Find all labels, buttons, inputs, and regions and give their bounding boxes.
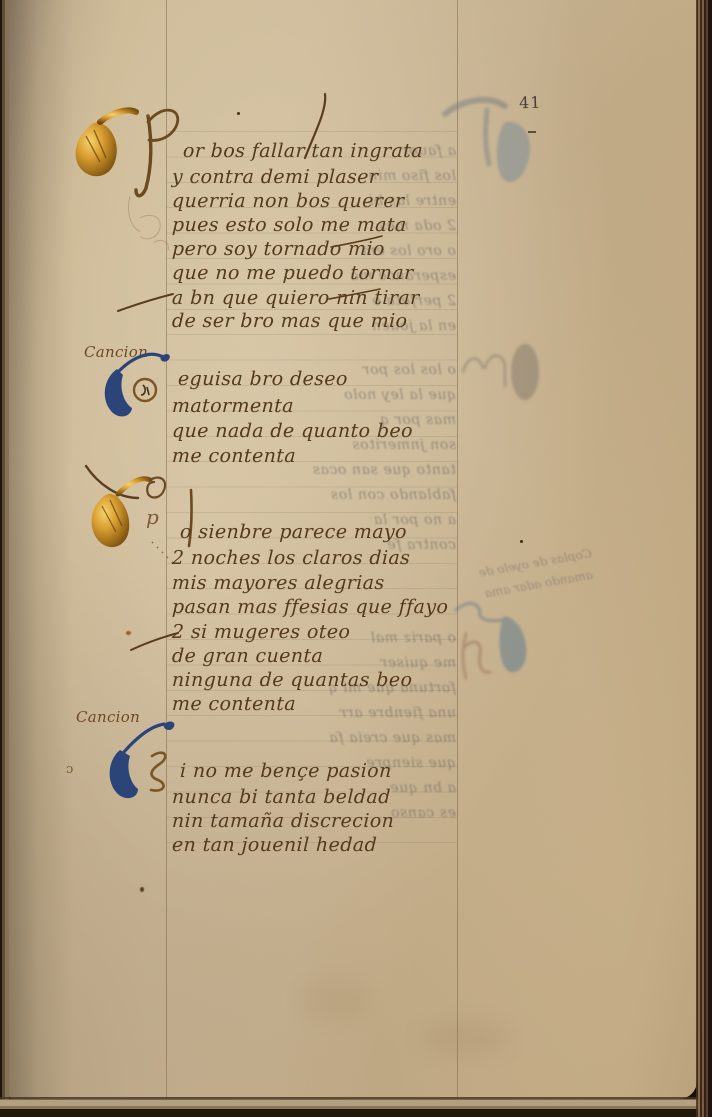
ink-speck: [237, 112, 240, 115]
verse-line: de gran cuenta: [172, 645, 324, 667]
verse-line: me contenta: [172, 445, 297, 467]
verse-line: me contenta: [172, 693, 297, 715]
brown-letter-s: [151, 753, 165, 791]
bleedthrough-line: tanto que san ocasion: [312, 462, 456, 478]
blue-pen-work: [105, 354, 170, 416]
verse-line: mis mayores alegrias: [172, 572, 385, 594]
gutter-shadow: [9, 0, 73, 1099]
verse-line: pasan mas ffesias que ffayo: [172, 596, 449, 618]
verse-line: querria non bos querer: [172, 190, 405, 212]
verse-line: 2 si mugeres oteo: [172, 621, 351, 643]
verse-line: i no me bençe pasion: [180, 760, 392, 782]
underdrawing-sketch: [128, 196, 168, 250]
verse-line: que nada de quanto beo: [172, 420, 414, 442]
bleedthrough-line: mas que creia fayo: [330, 730, 456, 746]
verse-line: y contra demi plaser: [172, 166, 379, 188]
verse-line: en tan jouenil hedad: [172, 834, 378, 856]
verse-line: pues esto solo me mata: [172, 214, 407, 236]
verse-line: or bos fallar tan ingrata: [183, 140, 424, 162]
bleedthrough-line: una fienbre arr: [330, 705, 456, 721]
verse-line: de ser bro mas que mio: [172, 310, 408, 332]
manuscript-photo: a fauor los fiso min entre las bi 2 oda …: [0, 0, 712, 1117]
marginal-mark: ɔ: [66, 762, 73, 777]
rust-speck: [126, 631, 131, 635]
verse-line: a bn que quiero nin tirar: [172, 287, 420, 309]
verse-line: pero soy tornado mio: [172, 238, 386, 260]
verse-line: matormenta: [172, 395, 295, 417]
verse-line: nunca bi tanta beldad: [172, 786, 392, 808]
brown-bowl-flourish: [134, 379, 156, 401]
verse-line: ninguna de quantas beo: [172, 669, 413, 691]
bleedthrough-initial-ghost-middle: [455, 342, 550, 410]
folio-dash: [528, 131, 536, 133]
initial-letter-P: [70, 100, 180, 260]
verse-line: eguisa bro deseo: [178, 368, 349, 390]
ink-speck: [140, 887, 144, 892]
stain: [300, 980, 370, 1020]
binding-gutter-edge: [0, 0, 9, 1117]
guide-letter: p: [146, 505, 159, 529]
book-fore-edge: [696, 0, 712, 1117]
gold-leaf-blob: [92, 479, 150, 547]
verse-line: o sienbre parece mayo: [180, 521, 408, 543]
verse-line: nin tamaña discrecion: [172, 810, 395, 832]
verse-line: que no me puedo tornar: [172, 262, 414, 284]
gold-leaf-blob: [76, 110, 136, 176]
book-bottom-edge: [0, 1097, 712, 1117]
bleedthrough-line: fablando con los: [312, 487, 456, 503]
ink-speck: [520, 540, 523, 543]
stain: [420, 1020, 510, 1056]
bleedthrough-initial-ghost-bottom: [448, 592, 543, 700]
folio-number: 41: [519, 93, 542, 113]
verse-line: 2 noches los claros dias: [172, 547, 411, 569]
